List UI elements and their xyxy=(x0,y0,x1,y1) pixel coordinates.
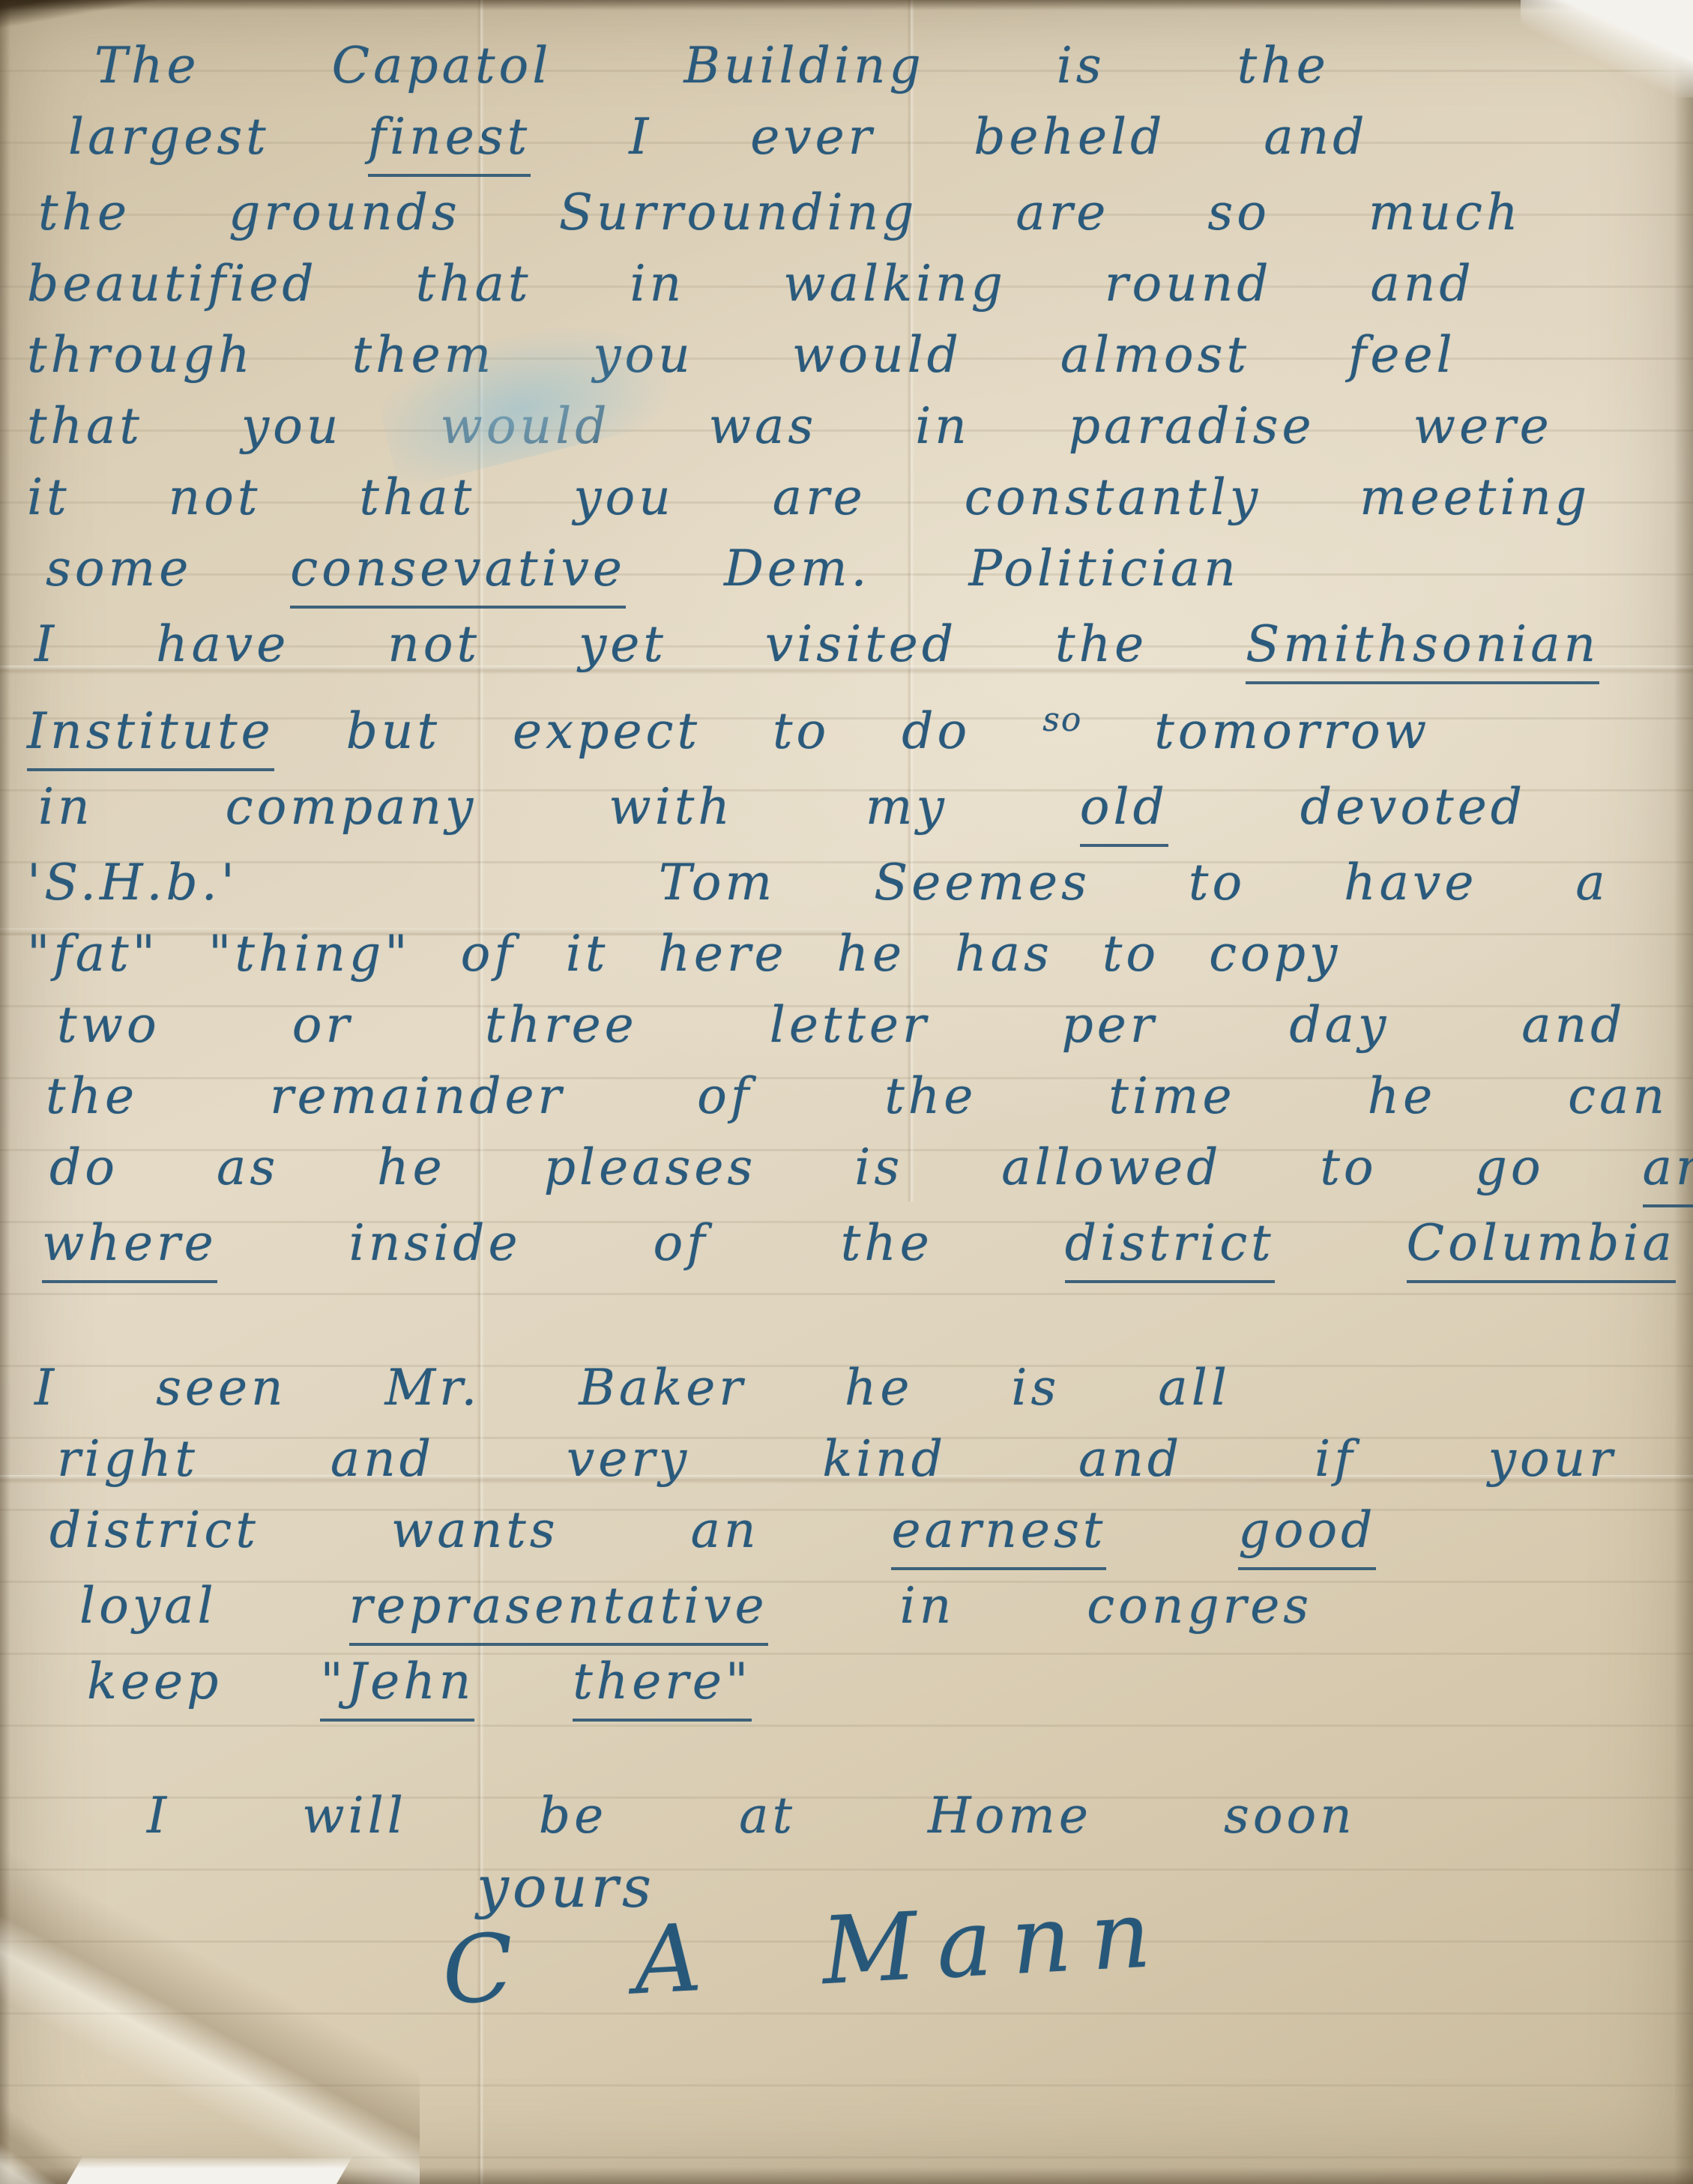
word-segment: very xyxy=(567,1423,690,1494)
word-segment: have xyxy=(1344,847,1477,918)
scanned-letter-page: The Capatol Building is thelargest fines… xyxy=(0,0,1693,2184)
word-segment: and xyxy=(1370,248,1474,319)
word-segment: and xyxy=(331,1423,435,1494)
word-segment: if xyxy=(1315,1423,1356,1494)
underlined-word: Columbia xyxy=(1407,1207,1676,1283)
word-segment: C xyxy=(438,1896,537,2043)
underlined-word: Institute xyxy=(27,696,274,771)
word-segment: be xyxy=(539,1780,607,1851)
word-segment: feel xyxy=(1348,319,1456,390)
letter-line: district wants an earnest good xyxy=(27,1494,1668,1570)
word-segment: a xyxy=(1575,847,1608,918)
word-segment: the xyxy=(38,177,130,248)
word-segment: Capatol xyxy=(332,30,552,101)
word-segment: here xyxy=(658,918,787,989)
word-segment: district xyxy=(49,1494,259,1566)
word-segment: Baker xyxy=(579,1352,746,1423)
letter-line: where inside of the district Columbia xyxy=(27,1207,1668,1283)
word-segment: per xyxy=(1062,989,1158,1061)
word-segment: the xyxy=(1237,30,1330,101)
letter-body: The Capatol Building is thelargest fines… xyxy=(27,30,1668,2065)
word-segment: beautified xyxy=(27,248,318,319)
letter-line: the remainder of the time he can xyxy=(27,1061,1668,1132)
underlined-word: consevative xyxy=(290,533,626,609)
letter-line: Institute but expect to do so tomorrow xyxy=(27,684,1668,771)
word-segment: largest xyxy=(68,101,270,172)
word-segment: time xyxy=(1108,1061,1235,1132)
word-segment: ever xyxy=(750,101,875,172)
letter-line: right and very kind and if your xyxy=(27,1423,1668,1494)
word-segment: do xyxy=(902,696,971,767)
word-segment: keep xyxy=(87,1646,222,1717)
word-segment: can xyxy=(1568,1061,1668,1132)
word-segment: walking xyxy=(783,248,1007,319)
word-segment: Dem. xyxy=(724,533,871,604)
word-segment: some xyxy=(46,533,192,604)
word-segment: all xyxy=(1158,1352,1231,1423)
word-segment: and xyxy=(1521,989,1626,1061)
letter-line: the grounds Surrounding are so much xyxy=(27,177,1668,248)
word-segment: in xyxy=(900,1570,956,1641)
word-segment: them xyxy=(352,319,495,390)
word-segment: Mr. xyxy=(385,1352,481,1423)
word-segment: and xyxy=(1078,1423,1183,1494)
word-segment: soon xyxy=(1224,1780,1356,1851)
word-segment: grounds xyxy=(229,177,461,248)
word-segment: yet xyxy=(579,609,667,680)
letter-line: in company with my old devoted xyxy=(27,771,1668,847)
word-segment: meeting xyxy=(1359,462,1590,533)
word-segment: the xyxy=(841,1207,933,1279)
underlined-word: Smithsonian xyxy=(1246,609,1599,684)
underlined-word: good xyxy=(1238,1494,1376,1570)
word-segment: three xyxy=(485,989,638,1061)
word-segment: devoted xyxy=(1300,771,1526,842)
letter-line: I seen Mr. Baker he is all xyxy=(27,1352,1668,1423)
word-segment: allowed xyxy=(1001,1132,1222,1203)
word-segment: Tom xyxy=(659,847,776,918)
word-segment: my xyxy=(866,771,948,842)
left-edge-shadow xyxy=(0,0,10,2184)
torn-edge-bottom-left xyxy=(67,2156,353,2184)
word-segment: paradise xyxy=(1069,390,1315,462)
word-segment: he xyxy=(837,918,906,989)
word-segment: it xyxy=(27,462,70,533)
word-segment: at xyxy=(739,1780,796,1851)
word-segment: so xyxy=(1207,177,1270,248)
underlined-word: there" xyxy=(573,1646,752,1722)
word-segment: expect xyxy=(513,696,701,767)
word-segment: I xyxy=(147,1780,170,1851)
word-segment: the xyxy=(1055,609,1147,680)
word-segment: Home xyxy=(928,1780,1092,1851)
word-segment: letter xyxy=(770,989,930,1061)
underlined-word: where xyxy=(42,1207,217,1283)
word-segment: it xyxy=(566,918,609,989)
word-segment: would xyxy=(792,319,962,390)
word-segment: as xyxy=(217,1132,279,1203)
word-segment: Politician xyxy=(969,533,1240,604)
letter-line: do as he pleases is allowed to go any xyxy=(27,1132,1668,1207)
word-segment: not xyxy=(169,462,262,533)
word-segment: will xyxy=(302,1780,407,1851)
word-segment: were xyxy=(1413,390,1553,462)
word-segment: I xyxy=(34,609,58,680)
underlined-word: district xyxy=(1065,1207,1275,1283)
word-segment: of xyxy=(654,1207,709,1279)
letter-line: it not that you are constantly meeting xyxy=(27,462,1668,533)
word-segment: in xyxy=(915,390,971,462)
word-segment: Seemes xyxy=(874,847,1090,918)
letter-line: through them you would almost feel xyxy=(27,319,1668,390)
word-segment: visited xyxy=(765,609,957,680)
word-segment: copy xyxy=(1209,918,1341,989)
letter-line: that you would was in paradise were xyxy=(27,390,1668,462)
word-segment: that xyxy=(27,390,143,462)
word-segment: day xyxy=(1289,989,1389,1061)
underlined-word: earnest xyxy=(891,1494,1106,1570)
word-segment: almost xyxy=(1060,319,1250,390)
word-segment: your xyxy=(1488,1423,1617,1494)
word-segment: that xyxy=(359,462,475,533)
word-segment: of xyxy=(461,918,516,989)
underlined-word: any xyxy=(1643,1132,1693,1207)
word-segment: tomorrow xyxy=(1154,696,1430,767)
word-segment: "fat" "thing" xyxy=(27,918,411,989)
word-segment: to xyxy=(1102,918,1159,989)
underlined-word: reprasentative xyxy=(349,1570,768,1646)
word-segment: right xyxy=(57,1423,199,1494)
word-segment: is xyxy=(1011,1352,1060,1423)
word-segment: not xyxy=(387,609,480,680)
word-segment: are xyxy=(1016,177,1109,248)
word-segment: do xyxy=(49,1132,118,1203)
letter-line: I have not yet visited the Smithsonian xyxy=(27,609,1668,684)
word-segment: with xyxy=(609,771,734,842)
word-segment: Surrounding xyxy=(559,177,918,248)
word-segment: The xyxy=(94,30,200,101)
word-segment: of xyxy=(697,1061,752,1132)
letter-line: keep "Jehn there" xyxy=(27,1646,1668,1722)
word-segment: or xyxy=(292,989,353,1061)
word-segment: pleases xyxy=(544,1132,757,1203)
letter-line: "fat" "thing" of it here he has to copy xyxy=(27,918,1668,989)
word-segment: have xyxy=(156,609,289,680)
underlined-word: finest xyxy=(368,101,531,177)
word-segment: constantly xyxy=(965,462,1261,533)
word-segment: are xyxy=(773,462,866,533)
word-segment: kind xyxy=(822,1423,947,1494)
letter-line: largest finest I ever beheld and xyxy=(27,101,1668,177)
word-segment: has xyxy=(955,918,1053,989)
word-segment: beheld xyxy=(974,101,1165,172)
word-segment: in xyxy=(38,771,94,842)
letter-line: some consevative Dem. Politician xyxy=(27,533,1668,609)
word-segment: would xyxy=(440,390,610,462)
word-segment: is xyxy=(1057,30,1105,101)
word-segment: to xyxy=(1189,847,1246,918)
letter-line: The Capatol Building is the xyxy=(27,30,1668,101)
word-segment: you xyxy=(573,462,675,533)
word-segment: is xyxy=(854,1132,903,1203)
word-segment: but xyxy=(346,696,441,767)
word-segment: two xyxy=(57,989,160,1061)
word-segment: to xyxy=(1320,1132,1377,1203)
word-segment: wants xyxy=(391,1494,559,1566)
word-segment: he xyxy=(377,1132,446,1203)
letter-line: beautified that in walking round and xyxy=(27,248,1668,319)
word-segment: through xyxy=(27,319,254,390)
word-segment: he xyxy=(845,1352,914,1423)
word-segment: inside xyxy=(349,1207,522,1279)
word-segment: remainder xyxy=(270,1061,565,1132)
word-segment: an xyxy=(691,1494,760,1566)
word-segment: seen xyxy=(156,1352,287,1423)
word-segment: Mann xyxy=(818,1862,1174,2023)
letter-line: I will be at Home soon xyxy=(27,1780,1668,1851)
paper: The Capatol Building is thelargest fines… xyxy=(0,0,1693,2184)
word-segment: Building xyxy=(683,30,924,101)
word-segment: so xyxy=(1042,684,1082,755)
underlined-word: old xyxy=(1080,771,1168,847)
word-segment: round xyxy=(1105,248,1273,319)
word-segment: that xyxy=(416,248,532,319)
word-segment: 'S.H.b.' xyxy=(27,847,238,918)
word-segment: you xyxy=(593,319,694,390)
letter-line: 'S.H.b.' Tom Seemes to have a xyxy=(27,847,1668,918)
right-edge-shadow xyxy=(1674,0,1693,2184)
word-segment: and xyxy=(1264,101,1368,172)
word-segment: company xyxy=(226,771,477,842)
word-segment: congres xyxy=(1087,1570,1312,1641)
word-segment: much xyxy=(1368,177,1522,248)
letter-line: loyal reprasentative in congres xyxy=(27,1570,1668,1646)
underlined-word: "Jehn xyxy=(320,1646,474,1722)
word-segment: the xyxy=(46,1061,138,1132)
word-segment: in xyxy=(630,248,686,319)
word-segment: I xyxy=(34,1352,58,1423)
word-segment: you xyxy=(241,390,342,462)
top-edge-shadow xyxy=(0,0,1693,10)
word-segment: loyal xyxy=(79,1570,217,1641)
word-segment: he xyxy=(1368,1061,1437,1132)
letter-line: two or three letter per day and xyxy=(27,989,1668,1061)
word-segment: I xyxy=(629,101,652,172)
word-segment: was xyxy=(708,390,817,462)
word-segment: A xyxy=(630,1886,724,2033)
word-segment: to xyxy=(773,696,830,767)
word-segment: the xyxy=(884,1061,977,1132)
word-segment: go xyxy=(1476,1132,1545,1203)
